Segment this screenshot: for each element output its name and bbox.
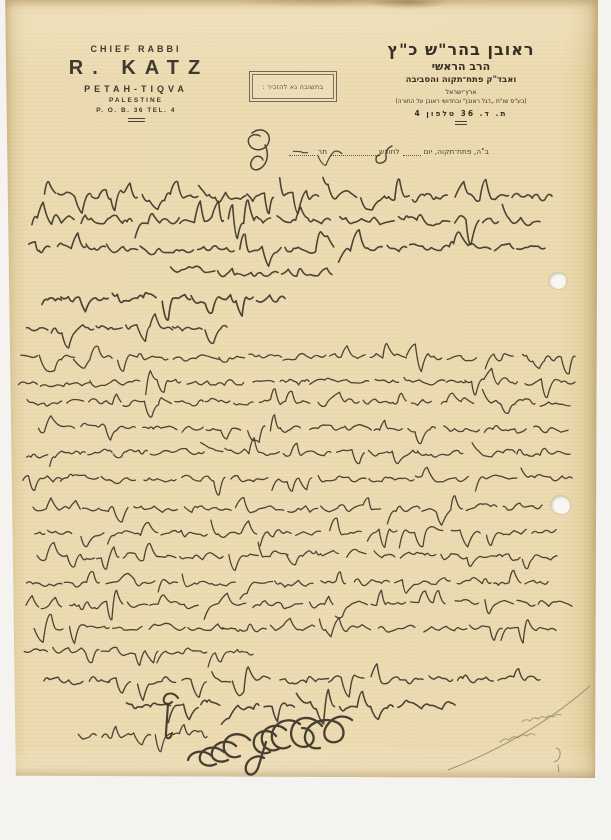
letterhead-he-rule xyxy=(455,121,467,125)
date-month-label: לחודש xyxy=(379,147,400,156)
reference-stamp-text: בתשובה נא להזכיר : xyxy=(263,83,324,91)
letterhead-en-country: PALESTINE xyxy=(58,97,214,104)
letterhead-english: CHIEF RABBI R. KATZ PETAH-TIQVA PALESTIN… xyxy=(58,44,214,122)
scanned-letter: CHIEF RABBI R. KATZ PETAH-TIQVA PALESTIN… xyxy=(0,0,611,840)
letterhead-en-city: PETAH-TIQVA xyxy=(58,84,214,94)
letterhead-he-books: (בע"ס שו"ת „דגל ראובן" ובחדושי ראובן על … xyxy=(372,98,550,105)
date-month-blank xyxy=(330,147,376,156)
date-line: ב"ה, פתח־תקוה, יום לחודש תר xyxy=(233,147,489,156)
reference-stamp-box: בתשובה נא להזכיר : xyxy=(249,71,337,102)
letterhead-he-country: ארץ־ישראל xyxy=(372,88,550,96)
date-year-blank xyxy=(289,147,315,156)
letterhead-en-rule xyxy=(128,118,145,122)
reference-stamp-inner-frame: בתשובה נא להזכיר : xyxy=(252,74,334,99)
letterhead-he-district: ואבד"ק פתח־תקוה והסביבה xyxy=(372,75,550,85)
letterhead-hebrew: ראובן בהר"ש כ"ץ הרב הראשי ואבד"ק פתח־תקו… xyxy=(372,40,550,125)
punch-hole-bottom xyxy=(551,496,570,514)
letterhead-he-name: ראובן בהר"ש כ"ץ xyxy=(372,40,550,59)
date-day-blank xyxy=(403,147,421,156)
date-year-prefix: תר xyxy=(318,147,327,156)
letterhead-en-pob: P. O. B. 36 TEL. 4 xyxy=(58,107,214,114)
letterhead-en-name: R. KATZ xyxy=(64,57,214,80)
letterhead-he-title: הרב הראשי xyxy=(372,60,550,73)
punch-hole-top xyxy=(549,273,566,289)
letterhead-en-title: CHIEF RABBI xyxy=(58,44,214,54)
letterhead-he-pob: ת. ד. 36 טלפון 4 xyxy=(372,109,550,118)
date-line-prefix: ב"ה, פתח־תקוה, יום xyxy=(424,147,489,156)
